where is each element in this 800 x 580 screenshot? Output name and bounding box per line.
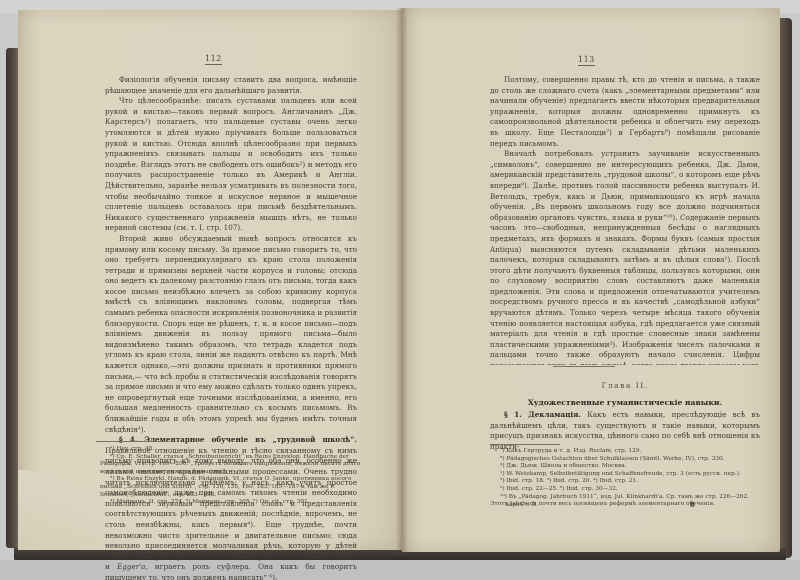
footnote-divider — [96, 441, 168, 442]
paragraph: Что цѣлесообразнѣе: писать суставами пал… — [105, 96, 357, 234]
paragraph: Второй живо обсуждаемый нынѣ вопросъ отн… — [105, 234, 357, 435]
section-divider — [553, 366, 615, 367]
footnote: ⁹) Дж. Дьюи, Школа и общество. Москва. — [490, 463, 760, 471]
left-footnotes: ¹) Hey, стр. 48. ²) Ср. E. Schaller, ста… — [100, 446, 362, 507]
paragraph: Вначалѣ потребовалъ устранить заучиванiе… — [490, 149, 760, 365]
footnote: ⁴) Мейманъ, II, стр. 274. ⁵) Мейманъ, ст… — [100, 499, 362, 507]
section-1-paragraph: § 1. Декламацiя. Какъ есть навыки, пресл… — [490, 410, 760, 452]
paragraph: § 1. Декламацiя. Какъ есть навыки, пресл… — [490, 410, 760, 452]
right-footnotes: ⁷) Какъ Гертруда и т. д. Изд. Reclam, ст… — [490, 448, 760, 509]
signature-number: 8 — [690, 501, 695, 509]
footnote: ²) Ibid. стр. 18. ³) Ibid. стр. 20. ⁴) I… — [490, 478, 760, 486]
paragraph: Поэтому, совершенно правы тѣ, кто до чте… — [490, 75, 760, 149]
author-name: Ballet — [336, 552, 357, 561]
chapter-subtitle: Художественные гуманистическiе навыки. — [490, 398, 760, 407]
footnote: ⁷) Какъ Гертруда и т. д. Изд. Reclam, ст… — [490, 448, 760, 456]
page-number-right: 113 — [578, 55, 595, 66]
footnote: ⁵) Ibid. стр. 22—25. ⁶) Ibid. стр. 30—32… — [490, 486, 760, 494]
page-number-left: 112 — [205, 54, 222, 65]
printer-signature: Борнъ т. II. — [505, 502, 538, 508]
book-gutter — [396, 8, 408, 554]
right-page-body: Поэтому, совершенно правы тѣ, кто до чте… — [490, 75, 760, 365]
footnote-divider — [490, 444, 560, 445]
footnote: ³) Въ Reins Enzykl. Handb. d. Pädagogik,… — [100, 476, 362, 499]
footnote: ¹) Hey, стр. 48. — [100, 446, 362, 454]
author-name: Egger'а — [117, 562, 145, 571]
section-heading: § 1. Декламацiя. — [504, 410, 581, 419]
book-cover-right-edge — [778, 18, 792, 558]
section-heading: § 4. Элементарное обученiе въ „трудовой … — [119, 435, 357, 444]
section-text: и — [105, 562, 117, 571]
paragraph: Физiологiя обученiя письму ставитъ два в… — [105, 75, 357, 96]
footnote: ²) Ср. E. Schaller, статья „Schreibunter… — [100, 454, 362, 477]
chapter-title: Глава II. — [490, 381, 760, 390]
